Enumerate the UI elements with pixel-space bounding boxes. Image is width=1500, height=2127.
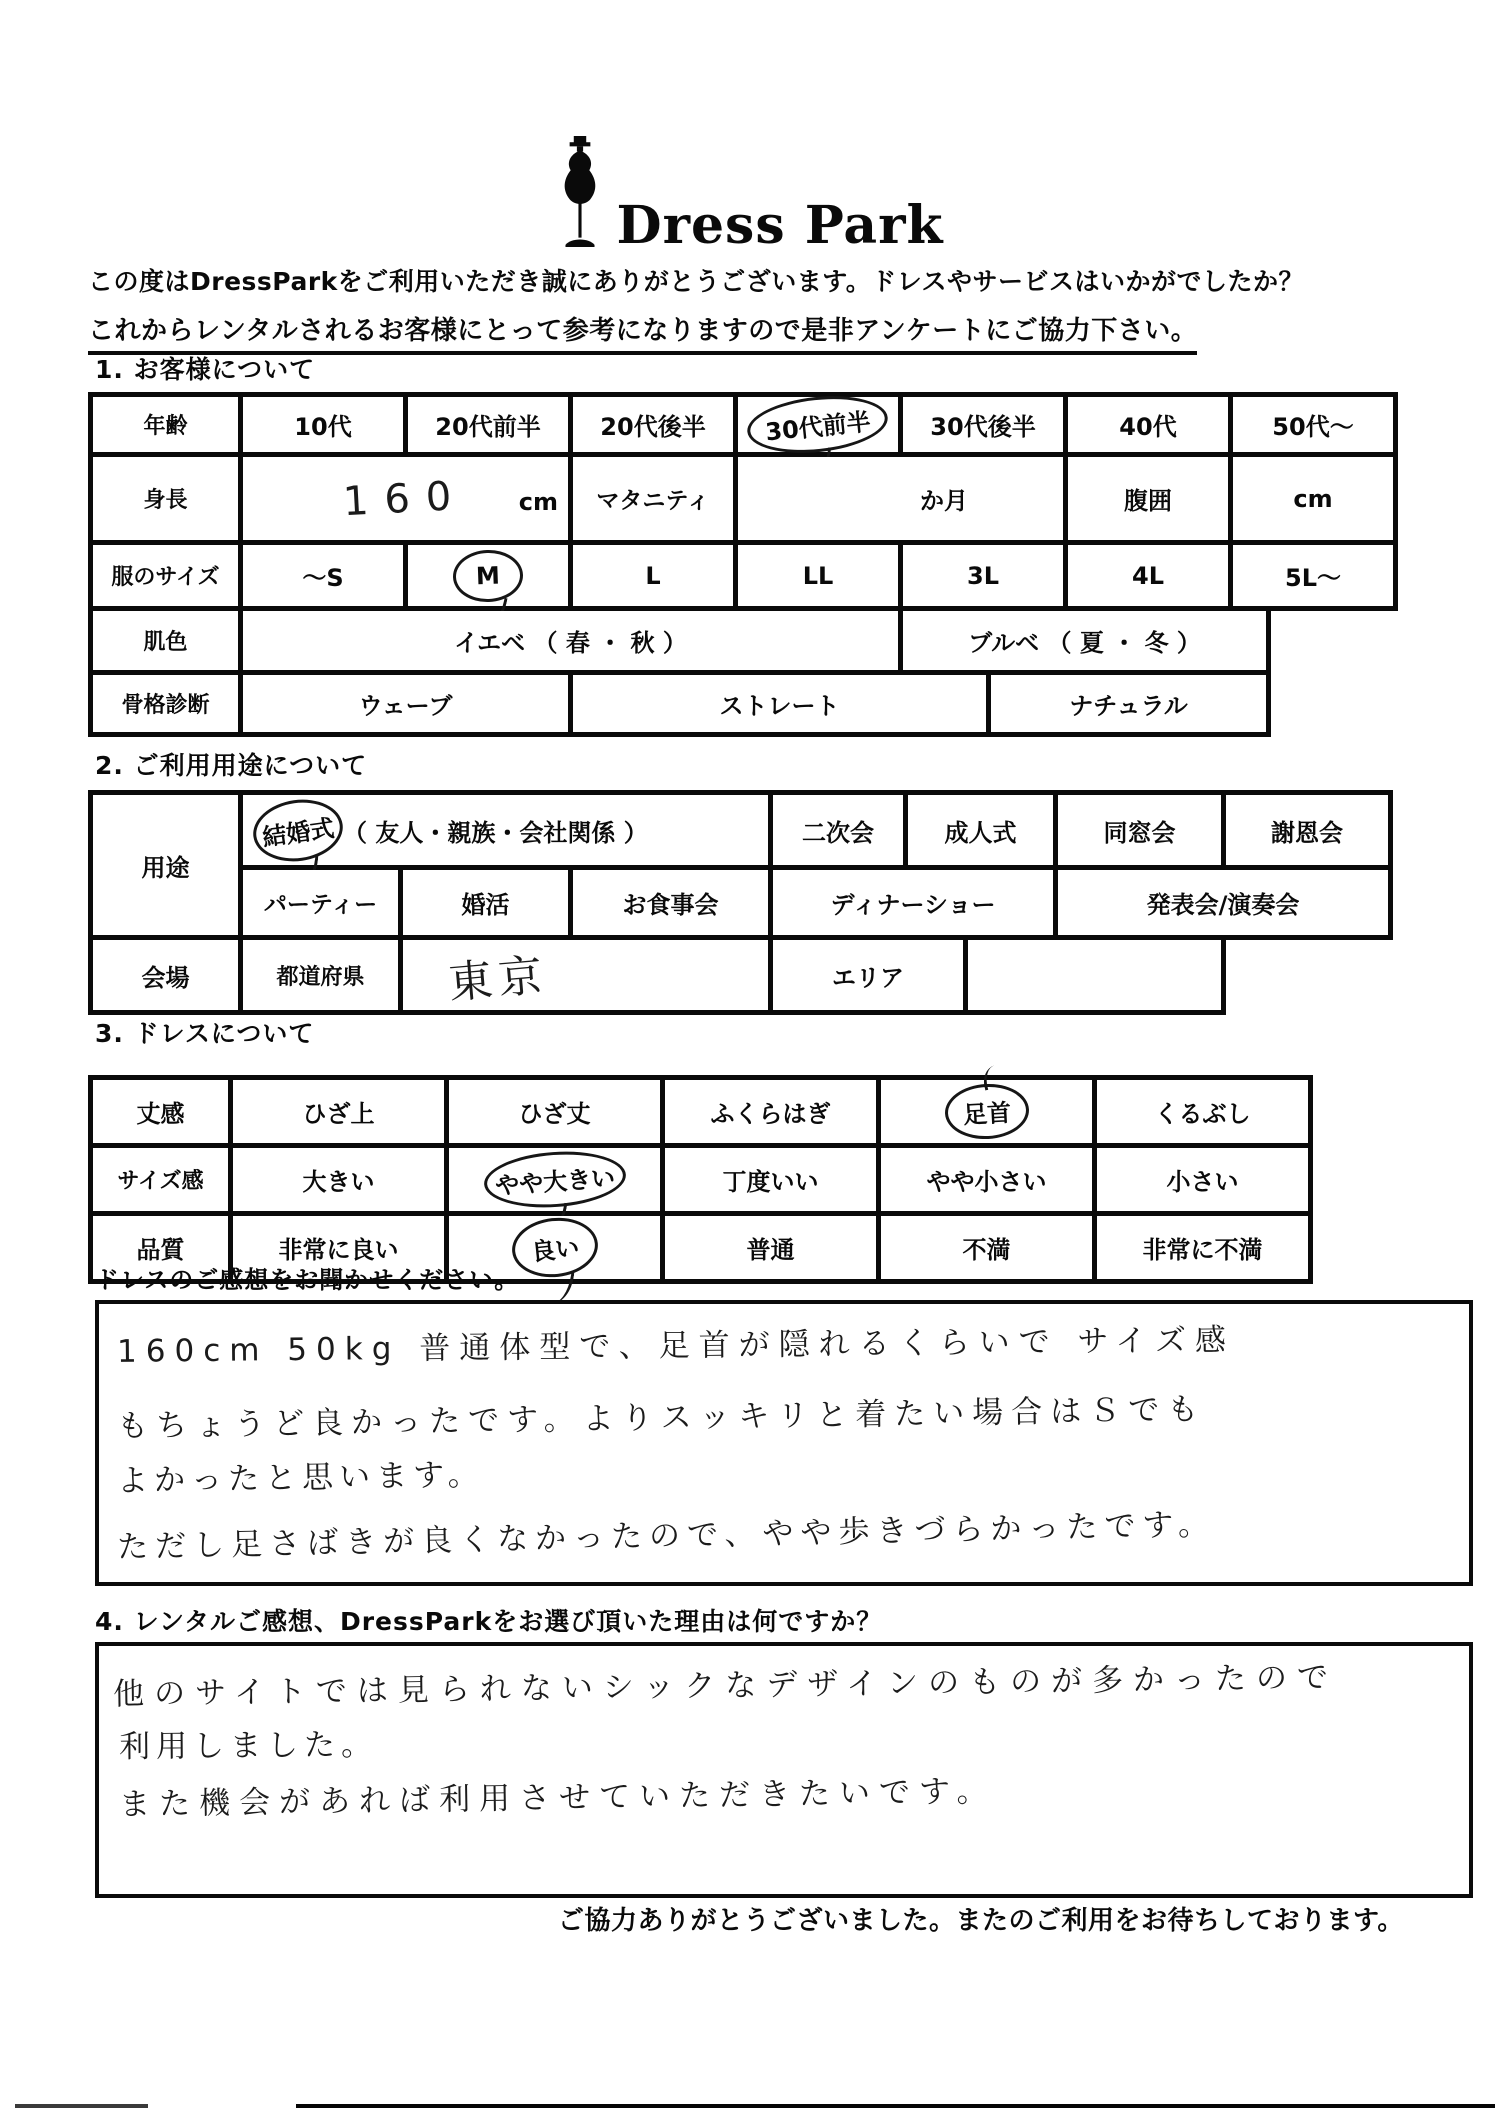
age-option-10s: 10代 — [243, 397, 408, 457]
skeleton-option-wave: ウェーブ — [243, 675, 573, 737]
height-unit: cm — [519, 488, 558, 516]
length-option-ankle-selected: 足首 — [881, 1080, 1097, 1148]
length-option-above-knee: ひざ上 — [233, 1080, 449, 1148]
skin-option-warm: イエベ （ 春 ・ 秋 ） — [243, 611, 903, 675]
intro-line-2: これからレンタルされるお客様にとって参考になりますので是非アンケートにご協力下さ… — [88, 310, 1197, 355]
usage-option-coming-of-age: 成人式 — [908, 795, 1058, 870]
feedback-line-2: もちょうど良かったです。よりスッキリと着たい場合はＳでも — [117, 1383, 1207, 1445]
length-label: 丈感 — [93, 1080, 233, 1148]
purpose-label: 用途 — [93, 795, 243, 940]
waist-label: 腹囲 — [1068, 457, 1233, 545]
size-option-3l: 3L — [903, 545, 1068, 611]
age-option-late20s: 20代後半 — [573, 397, 738, 457]
usage-option-thanks-party: 謝恩会 — [1226, 795, 1393, 870]
skin-option-cool: ブルベ （ 夏 ・ 冬 ） — [903, 611, 1271, 675]
usage-option-party: パーティー — [243, 870, 403, 940]
venue-row: 会場 都道府県 東京 エリア — [93, 940, 1393, 1015]
selection-circle: M — [452, 548, 524, 602]
usage-option-dinner-meeting: お食事会 — [573, 870, 773, 940]
quality-option-very-unsatisfied: 非常に不満 — [1097, 1216, 1313, 1284]
size-option-ll: LL — [738, 545, 903, 611]
dress-feedback-box: 160cm 50kg 普通体型で、足首が隠れるくらいで サイズ感 もちょうど良か… — [95, 1300, 1473, 1586]
prefecture-handwritten-value: 東京 — [445, 939, 550, 1011]
height-row: 身長 160 cm マタニティ か月 腹囲 cm — [93, 457, 1398, 545]
usage-option-recital: 発表会/演奏会 — [1058, 870, 1393, 940]
skeleton-option-straight: ストレート — [573, 675, 991, 737]
length-row: 丈感 ひざ上 ひざ丈 ふくらはぎ 足首 くるぶし — [93, 1080, 1313, 1148]
prefecture-label: 都道府県 — [243, 940, 403, 1015]
age-label: 年齢 — [93, 397, 243, 457]
fit-option-just-right: 丁度いい — [665, 1148, 881, 1216]
answer-line-2: 利用しました。 — [119, 1719, 378, 1766]
size-option-m-selected: M — [408, 545, 573, 611]
skeleton-label: 骨格診断 — [93, 675, 243, 737]
prefecture-value-cell: 東京 — [403, 940, 773, 1015]
fit-option-slightly-small: やや小さい — [881, 1148, 1097, 1216]
size-option-l: L — [573, 545, 738, 611]
selection-circle: やや大きい — [482, 1147, 627, 1212]
usage-table: 用途 結婚式 （ 友人・親族・会社関係 ） 二次会 成人式 同窓会 謝恩会 パー… — [88, 790, 1393, 1015]
size-label: 服のサイズ — [93, 545, 243, 611]
brand-name: Dress Park — [616, 200, 943, 252]
height-label: 身長 — [93, 457, 243, 545]
usage-row-2: パーティー 婚活 お食事会 ディナーショー 発表会/演奏会 — [243, 870, 1393, 940]
age-option-early30s-selected: 30代前半 — [738, 397, 903, 457]
fit-row: サイズ感 大きい やや大きい 丁度いい やや小さい 小さい — [93, 1148, 1313, 1216]
usage-row-1: 結婚式 （ 友人・親族・会社関係 ） 二次会 成人式 同窓会 謝恩会 — [243, 795, 1393, 870]
age-option-early20s: 20代前半 — [408, 397, 573, 457]
fit-label: サイズ感 — [93, 1148, 233, 1216]
area-label: エリア — [773, 940, 968, 1015]
usage-option-wedding-selected: 結婚式 （ 友人・親族・会社関係 ） — [243, 795, 773, 870]
maternity-label: マタニティ — [573, 457, 738, 545]
customer-table: 年齢 10代 20代前半 20代後半 30代前半 30代後半 40代 50代～ … — [88, 392, 1398, 737]
age-option-50s: 50代～ — [1233, 397, 1398, 457]
answer-line-1: 他のサイトでは見られないシックなデザインのものが多かったので — [113, 1651, 1339, 1713]
height-value-cell: 160 cm — [243, 457, 573, 545]
usage-option-afterparty: 二次会 — [773, 795, 908, 870]
footer-thanks: ご協力ありがとうございました。またのご利用をお待ちしております。 — [558, 1900, 1404, 1937]
fit-option-small: 小さい — [1097, 1148, 1313, 1216]
length-option-calf: ふくらはぎ — [665, 1080, 881, 1148]
intro-block: この度はDressParkをご利用いただき誠にありがとうございます。ドレスやサー… — [88, 262, 1304, 355]
brand-logo: Dress Park — [0, 136, 1500, 252]
quality-option-unsatisfied: 不満 — [881, 1216, 1097, 1284]
skin-tone-row: 肌色 イエベ （ 春 ・ 秋 ） ブルベ （ 夏 ・ 冬 ） — [93, 611, 1398, 675]
answer-line-3: また機会があれば利用させていただきたいです。 — [119, 1765, 997, 1824]
age-option-40s: 40代 — [1068, 397, 1233, 457]
length-option-knee: ひざ丈 — [449, 1080, 665, 1148]
survey-page: Dress Park この度はDressParkをご利用いただき誠にありがとうご… — [0, 0, 1500, 2127]
selection-circle: 30代前半 — [745, 390, 891, 459]
skin-label: 肌色 — [93, 611, 243, 675]
usage-option-dinner-show: ディナーショー — [773, 870, 1058, 940]
clothing-size-row: 服のサイズ ～S M L LL 3L 4L 5L～ — [93, 545, 1398, 611]
selection-circle: 良い — [509, 1214, 601, 1282]
section-3-title: 3. ドレスについて — [95, 1014, 314, 1050]
skeleton-option-natural: ナチュラル — [991, 675, 1271, 737]
waist-unit: cm — [1233, 457, 1398, 545]
dress-form-icon — [556, 136, 604, 252]
venue-label: 会場 — [93, 940, 243, 1015]
size-option-4l: 4L — [1068, 545, 1233, 611]
age-option-late30s: 30代後半 — [903, 397, 1068, 457]
size-option-5l: 5L～ — [1233, 545, 1398, 611]
dress-table: 丈感 ひざ上 ひざ丈 ふくらはぎ 足首 くるぶし サイズ感 大きい やや大きい … — [88, 1075, 1313, 1284]
size-option-s: ～S — [243, 545, 408, 611]
wedding-note: （ 友人・親族・会社関係 ） — [343, 813, 648, 848]
height-handwritten-value: 160 — [342, 472, 469, 524]
rental-feedback-box: 他のサイトでは見られないシックなデザインのものが多かったので 利用しました。 ま… — [95, 1642, 1473, 1898]
usage-option-reunion: 同窓会 — [1058, 795, 1226, 870]
quality-option-normal: 普通 — [665, 1216, 881, 1284]
section-1-title: 1. お客様について — [95, 350, 315, 386]
selection-circle: 足首 — [943, 1082, 1030, 1141]
maternity-months-cell: か月 — [738, 457, 1068, 545]
section-2-title: 2. ご利用用途について — [95, 746, 367, 782]
feedback-line-1: 160cm 50kg 普通体型で、足首が隠れるくらいで サイズ感 — [117, 1314, 1235, 1371]
usage-option-konkatsu: 婚活 — [403, 870, 573, 940]
length-option-anklebone: くるぶし — [1097, 1080, 1313, 1148]
area-value-cell — [968, 940, 1226, 1015]
feedback-line-3: よかったと思います。 — [117, 1449, 485, 1500]
fit-option-slightly-large-selected: やや大きい — [449, 1148, 665, 1216]
intro-line-1: この度はDressParkをご利用いただき誠にありがとうございます。ドレスやサー… — [88, 262, 1304, 298]
fit-option-large: 大きい — [233, 1148, 449, 1216]
skeleton-row: 骨格診断 ウェーブ ストレート ナチュラル — [93, 675, 1398, 737]
selection-circle: 結婚式 — [249, 794, 347, 867]
section-4-title: 4. レンタルご感想、DressParkをお選び頂いた理由は何ですか？ — [95, 1602, 882, 1638]
dress-feedback-label: ドレスのご感想をお聞かせください。 — [95, 1260, 519, 1295]
age-row: 年齢 10代 20代前半 20代後半 30代前半 30代後半 40代 50代～ — [93, 397, 1398, 457]
scan-artifact-line — [15, 2104, 1495, 2108]
feedback-line-4: ただし足さばきが良くなかったので、やや歩きづらかったです。 — [117, 1498, 1217, 1566]
